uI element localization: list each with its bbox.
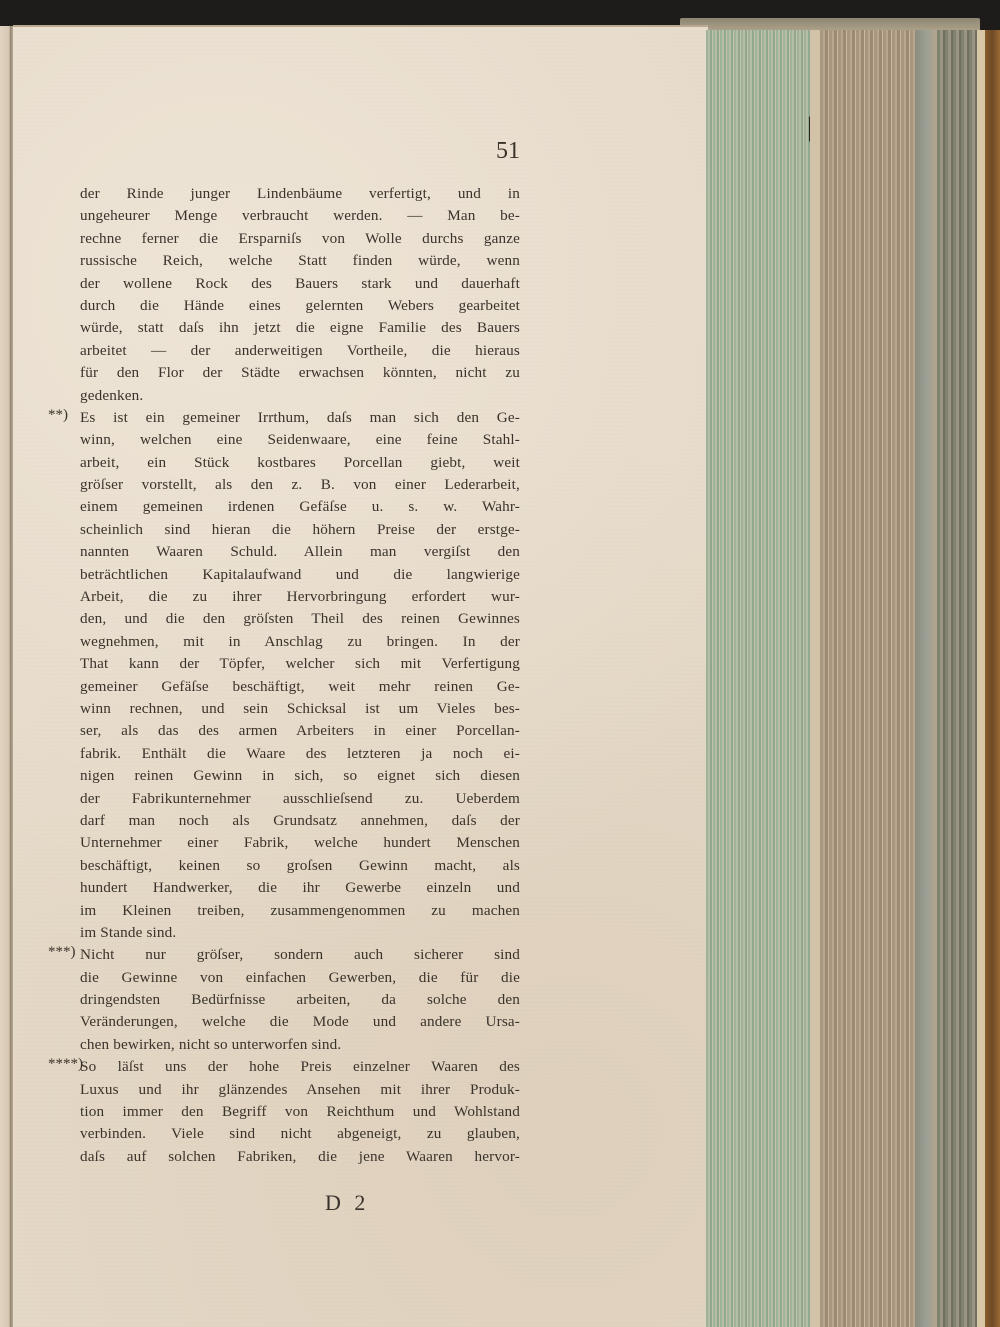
text-line: rechne ferner die Ersparniſs von Wolle d… bbox=[80, 228, 520, 250]
text-line: für den Flor der Städte erwachsen könnte… bbox=[80, 362, 520, 384]
text-line: hundert Handwerker, die ihr Gewerbe einz… bbox=[80, 877, 520, 899]
text-line: der wollene Rock des Bauers stark und da… bbox=[80, 273, 520, 295]
text-line: im Kleinen treiben, zusammengenommen zu … bbox=[80, 900, 520, 922]
text-line: tion immer den Begriff von Reichthum und… bbox=[80, 1101, 520, 1123]
page-number: 51 bbox=[490, 138, 520, 165]
pale-page-edge bbox=[810, 30, 820, 1327]
text-line: der Rinde junger Lindenbäume verfertigt,… bbox=[80, 183, 520, 205]
text-line: beschäftigt, keinen so groſsen Gewinn ma… bbox=[80, 855, 520, 877]
text-line: That kann der Töpfer, welcher sich mit V… bbox=[80, 653, 520, 675]
text-line: Veränderungen, welche die Mode und ander… bbox=[80, 1011, 520, 1033]
text-line: dringendsten Bedürfnisse arbeiten, da so… bbox=[80, 989, 520, 1011]
body-text: der Rinde junger Lindenbäume verfertigt,… bbox=[80, 183, 520, 1168]
text-line: der Fabrikunternehmer ausschlieſsend zu.… bbox=[80, 788, 520, 810]
footnote-marker: ***) bbox=[48, 944, 76, 961]
book-scan: 51 der Rinde junger Lindenbäume verferti… bbox=[0, 0, 1000, 1327]
text-line: arbeitet — der anderweitigen Vortheile, … bbox=[80, 340, 520, 362]
text-line: fabrik. Enthält die Waare des letzteren … bbox=[80, 743, 520, 765]
text-line: chen bewirken, nicht so unterworfen sind… bbox=[80, 1034, 520, 1056]
text-line: Arbeit, die zu ihrer Hervorbringung erfo… bbox=[80, 586, 520, 608]
text-line: scheinlich sind hieran die höhern Preise… bbox=[80, 519, 520, 541]
text-line: würde, statt daſs ihn jetzt die eigne Fa… bbox=[80, 317, 520, 339]
footnote-marker: **) bbox=[48, 407, 68, 424]
text-line: Luxus und ihr glänzendes Ansehen mit ihr… bbox=[80, 1079, 520, 1101]
worn-page-edges bbox=[937, 30, 977, 1327]
text-line: gröſser vorstellt, als den z. B. von ein… bbox=[80, 474, 520, 496]
text-line: arbeit, ein Stück kostbares Porcellan gi… bbox=[80, 452, 520, 474]
text-line: ungeheurer Menge verbraucht werden. — Ma… bbox=[80, 205, 520, 227]
text-line: russische Reich, welche Statt finden wür… bbox=[80, 250, 520, 272]
footnote-4: ****) So läſst uns der hohe Preis einzel… bbox=[80, 1056, 520, 1078]
page-block-edges bbox=[706, 30, 1000, 1327]
signature-mark: D 2 bbox=[325, 1190, 369, 1216]
green-page-edges bbox=[706, 30, 810, 1327]
brown-page-edges bbox=[820, 30, 915, 1327]
text-line: verbinden. Viele sind nicht abgeneigt, z… bbox=[80, 1123, 520, 1145]
text-line: Unternehmer einer Fabrik, welche hundert… bbox=[80, 832, 520, 854]
text-line: So läſst uns der hohe Preis einzelner Wa… bbox=[80, 1056, 520, 1078]
text-line: winn rechnen, und sein Schicksal ist um … bbox=[80, 698, 520, 720]
text-line: ser, als das des armen Arbeiters in eine… bbox=[80, 720, 520, 742]
text-line: beträchtlichen Kapitalaufwand und die la… bbox=[80, 564, 520, 586]
text-line: gemeiner Gefäſse beschäftigt, weit mehr … bbox=[80, 676, 520, 698]
text-line: nigen reinen Gewinn in sich, so eignet s… bbox=[80, 765, 520, 787]
text-line: gedenken. bbox=[80, 385, 520, 407]
endpaper-edge bbox=[977, 30, 985, 1327]
text-line: Nicht nur gröſser, sondern auch sicherer… bbox=[80, 944, 520, 966]
footnote-marker: ****) bbox=[48, 1056, 83, 1073]
text-line: wegnehmen, mit in Anschlag zu bringen. I… bbox=[80, 631, 520, 653]
text-line: die Gewinne von einfachen Gewerben, die … bbox=[80, 967, 520, 989]
text-line: im Stande sind. bbox=[80, 922, 520, 944]
text-line: nannten Waaren Schuld. Allein man vergiſ… bbox=[80, 541, 520, 563]
text-line: darf man noch als Grundsatz annehmen, da… bbox=[80, 810, 520, 832]
footnote-3: ***) Nicht nur gröſser, sondern auch sic… bbox=[80, 944, 520, 966]
text-line: winn, welchen eine Seidenwaare, eine fei… bbox=[80, 429, 520, 451]
text-line: den, und die den gröſsten Theil des rein… bbox=[80, 608, 520, 630]
text-line: durch die Hände eines gelernten Webers g… bbox=[80, 295, 520, 317]
text-line: Es ist ein gemeiner Irrthum, daſs man si… bbox=[80, 407, 520, 429]
text-line: daſs auf solchen Fabriken, die jene Waar… bbox=[80, 1146, 520, 1168]
leather-cover-edge bbox=[985, 30, 1000, 1327]
footnote-2: **) Es ist ein gemeiner Irrthum, daſs ma… bbox=[80, 407, 520, 429]
grey-page-edge bbox=[915, 30, 937, 1327]
text-line: einem gemeinen irdenen Gefäſse u. s. w. … bbox=[80, 496, 520, 518]
